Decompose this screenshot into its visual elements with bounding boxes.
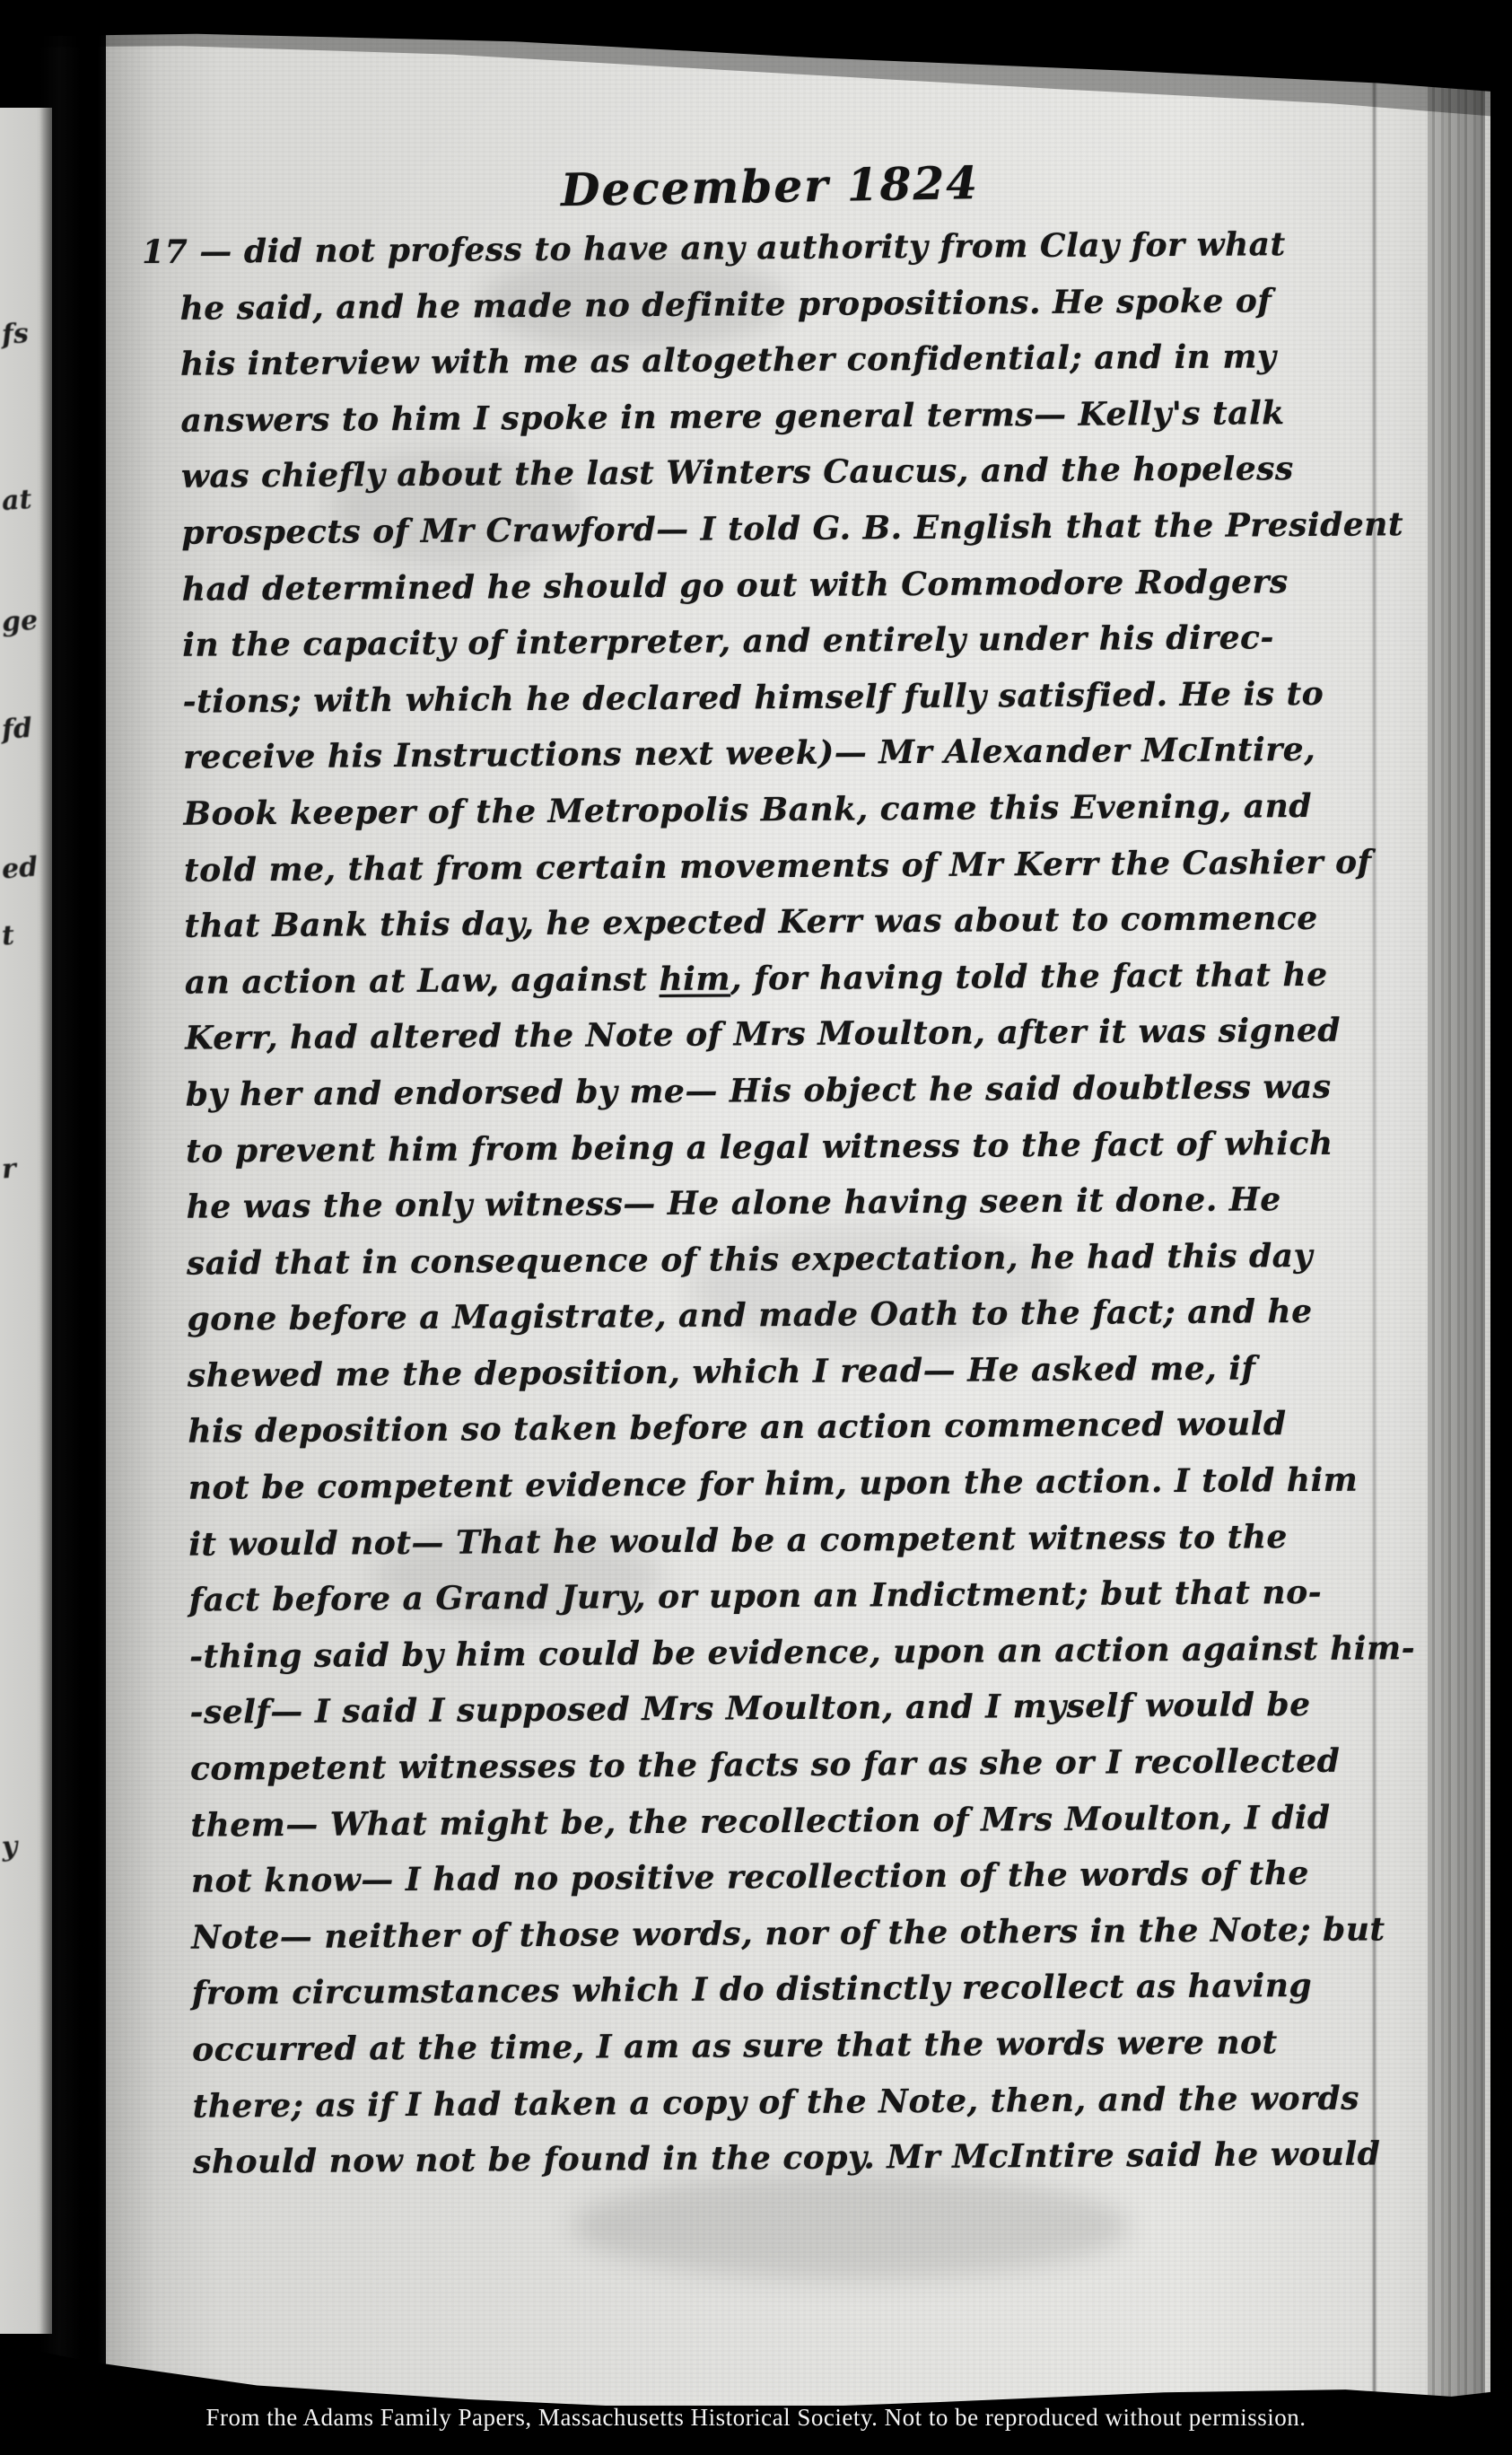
manuscript-line: Book keeper of the Metropolis Bank, came…	[183, 779, 1473, 845]
manuscript-line: to prevent him from being a legal witnes…	[186, 1116, 1476, 1181]
facing-page-text-fragment: ge	[1, 605, 39, 639]
manuscript-line: Note— neither of those words, nor of the…	[191, 1902, 1481, 1968]
manuscript-line: by her and endorsed by me— His object he…	[186, 1060, 1476, 1126]
facing-page-text-fragment: t	[1, 920, 15, 952]
manuscript-body: 17 — did not profess to have any authori…	[142, 217, 1483, 2193]
archive-caption: From the Adams Family Papers, Massachuse…	[0, 2404, 1512, 2432]
manuscript-line: occurred at the time, I am as sure that …	[192, 2015, 1482, 2081]
manuscript-line: -self— I said I supposed Mrs Moulton, an…	[189, 1678, 1480, 1743]
manuscript-line: not be competent evidence for him, upon …	[188, 1453, 1479, 1519]
manuscript-line: an action at Law, against him, for havin…	[185, 947, 1475, 1013]
manuscript-line: that Bank this day, he expected Kerr was…	[184, 891, 1474, 957]
manuscript-line: competent witnesses to the facts so far …	[190, 1734, 1481, 1800]
facing-page-text-fragment: y	[1, 1830, 19, 1863]
manuscript-line: -tions; with which he declared himself f…	[182, 666, 1473, 732]
manuscript-line: he was the only witness— He alone having…	[186, 1172, 1476, 1238]
manuscript-line: should now not be found in the copy. Mr …	[193, 2127, 1483, 2193]
manuscript-line: there; as if I had taken a copy of the N…	[192, 2071, 1482, 2136]
manuscript-line: gone before a Magistrate, and made Oath …	[187, 1284, 1477, 1350]
manuscript-line: answers to him I spoke in mere general t…	[180, 385, 1471, 451]
manuscript-line: 17 — did not profess to have any authori…	[142, 217, 1470, 283]
manuscript-line: it would not— That he would be a compete…	[188, 1509, 1479, 1574]
facing-page-text-fragment: fs	[1, 318, 30, 351]
manuscript-line: not know— I had no positive recollection…	[191, 1846, 1481, 1912]
manuscript-line: was chiefly about the last Winters Caucu…	[181, 442, 1472, 507]
manuscript-line: them— What might be, the recollection of…	[190, 1790, 1481, 1855]
facing-page-text-fragment: fd	[1, 713, 33, 746]
facing-page-text-fragment: ed	[1, 852, 39, 886]
facing-page-text-fragment: r	[1, 1153, 17, 1185]
manuscript-line: shewed me the deposition, which I read— …	[188, 1341, 1478, 1407]
manuscript-line: Kerr, had altered the Note of Mrs Moulto…	[185, 1004, 1475, 1069]
manuscript-line: his interview with me as altogether conf…	[180, 329, 1471, 395]
manuscript-line: told me, that from certain movements of …	[184, 835, 1474, 900]
scan-background: fs at ge fd ed t r y December 1824 17 — …	[0, 0, 1512, 2455]
manuscript-line: his deposition so taken before an action…	[188, 1397, 1478, 1462]
manuscript-line: said that in consequence of this expecta…	[187, 1228, 1477, 1293]
manuscript-line: prospects of Mr Crawford— I told G. B. E…	[181, 498, 1472, 564]
date-heading: December 1824	[561, 156, 980, 216]
facing-page-text-fragment: at	[1, 484, 33, 517]
manuscript-line: had determined he should go out with Com…	[182, 554, 1473, 619]
manuscript-line: from circumstances which I do distinctly…	[192, 1959, 1482, 2024]
manuscript-line: -thing said by him could be evidence, up…	[189, 1621, 1480, 1687]
manuscript-line: receive his Instructions next week)— Mr …	[183, 723, 1473, 788]
scan-border-right	[1490, 0, 1512, 2455]
manuscript-line: in the capacity of interpreter, and enti…	[182, 610, 1473, 676]
manuscript-line: he said, and he made no definite proposi…	[179, 273, 1470, 338]
manuscript-line: fact before a Grand Jury, or upon an Ind…	[188, 1565, 1479, 1631]
